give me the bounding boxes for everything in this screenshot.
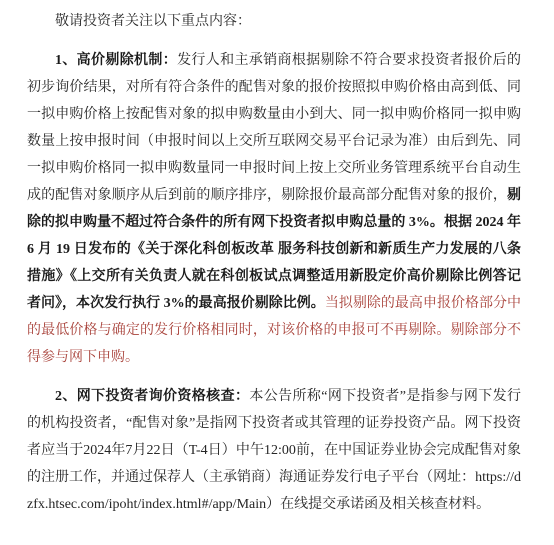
announcement-page: 敬请投资者关注以下重点内容：1、高价剔除机制：发行人和主承销商根据剔除不符合要求… [0,0,554,545]
para1-emphasis-text: 剔除的拟申购量不超过符合条件的所有网下投资者拟申购总量的 3%。根据 2024 … [27,188,521,311]
para2-heading: 2、网下投资者询价资格核查： [55,389,249,404]
paragraph-investor-qualification: 2、网下投资者询价资格核查：本公告所称“网下投资者”是指参与网下发行的机构投资者… [27,383,521,518]
paragraph-high-price-exclusion: 1、高价剔除机制：发行人和主承销商根据剔除不符合要求投资者报价后的初步询价结果，… [27,47,521,371]
intro-paragraph: 敬请投资者关注以下重点内容： [27,8,521,35]
para2-body-text: 本公告所称“网下投资者”是指参与网下发行的机构投资者，“配售对象”是指网下投资者… [27,389,521,512]
para1-heading: 1、高价剔除机制： [55,53,177,68]
para1-body-text: 发行人和主承销商根据剔除不符合要求投资者报价后的初步询价结果，对所有符合条件的配… [27,53,521,203]
intro-text: 敬请投资者关注以下重点内容： [55,14,251,29]
